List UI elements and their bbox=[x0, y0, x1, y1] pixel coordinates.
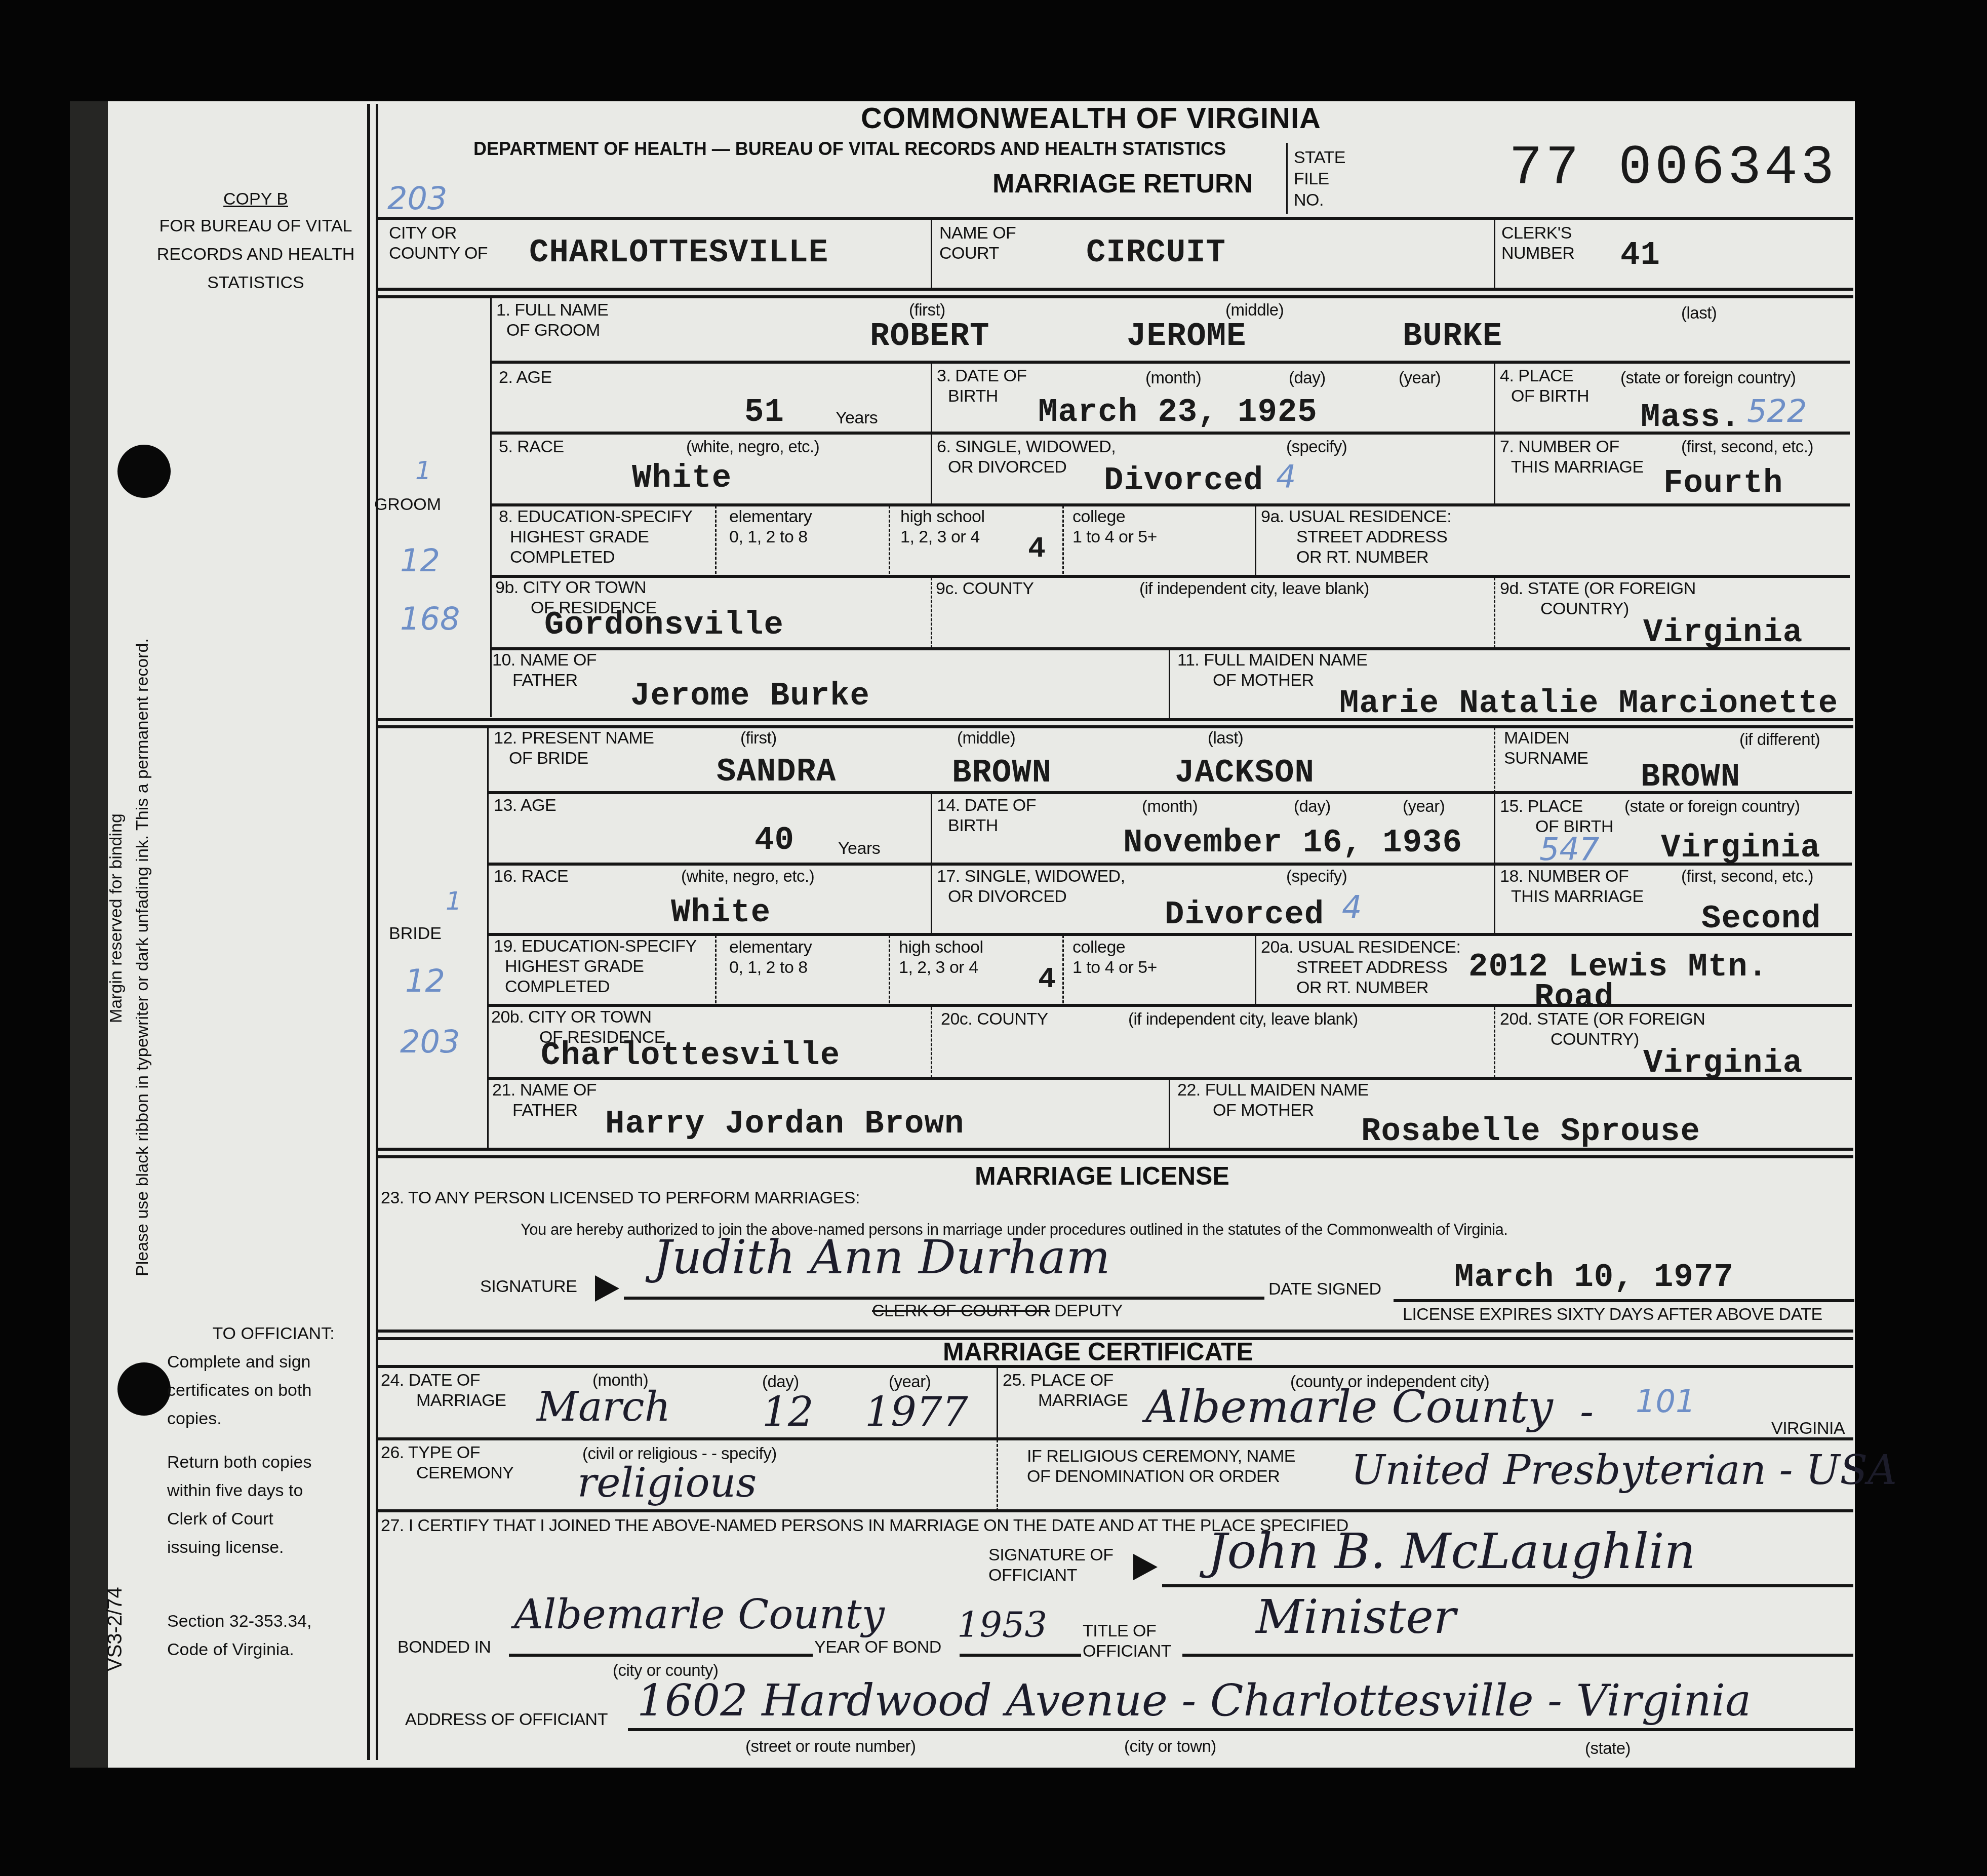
bride-side-label: BRIDE bbox=[385, 919, 446, 948]
label-line: elementary bbox=[729, 937, 812, 957]
f27-label: 27. I CERTIFY THAT I JOINED THE ABOVE-NA… bbox=[381, 1515, 1348, 1536]
col-divider bbox=[1494, 219, 1495, 289]
clerk-value: 41 bbox=[1620, 238, 1660, 273]
f7-label: 7. NUMBER OF THIS MARRIAGE bbox=[1500, 437, 1644, 477]
rule bbox=[377, 217, 1853, 220]
label-line: 11. FULL MAIDEN NAME bbox=[1177, 650, 1367, 670]
label-line: NUMBER bbox=[1501, 243, 1574, 263]
rule bbox=[377, 1330, 1853, 1333]
number-hint: (first, second, etc.) bbox=[1681, 866, 1813, 886]
label-line: 25. PLACE OF bbox=[1003, 1370, 1128, 1390]
dash-divider bbox=[889, 935, 890, 1003]
first-hint: (first) bbox=[909, 300, 945, 320]
label-line: 22. FULL MAIDEN NAME bbox=[1177, 1080, 1369, 1100]
groom-code-1: 1 bbox=[415, 456, 431, 485]
groom-birthplace-code: 522 bbox=[1747, 393, 1807, 429]
label-line: OF BIRTH bbox=[1500, 386, 1589, 406]
punch-hole-top bbox=[117, 445, 171, 498]
elementary-label: elementary 0, 1, 2 to 8 bbox=[729, 937, 812, 978]
rule bbox=[487, 863, 1852, 866]
label-line: STATE bbox=[1294, 147, 1345, 168]
label-line: OFFICIANT bbox=[1083, 1641, 1171, 1661]
dash-divider bbox=[1494, 577, 1495, 648]
label-line: THIS MARRIAGE bbox=[1500, 886, 1644, 907]
label-line: 8. EDUCATION-SPECIFY bbox=[499, 506, 692, 527]
officiant-sig-label: SIGNATURE OF OFFICIANT bbox=[988, 1545, 1114, 1585]
bride-first: SANDRA bbox=[717, 755, 836, 790]
groom-state: Virginia bbox=[1643, 615, 1803, 651]
label-line: OF MOTHER bbox=[1177, 1100, 1369, 1120]
college-label: college 1 to 4 or 5+ bbox=[1072, 506, 1157, 547]
bride-code-1: 1 bbox=[446, 886, 462, 916]
margin-rule bbox=[367, 104, 370, 1760]
place-hint: (state or foreign country) bbox=[1624, 796, 1800, 816]
label-line: 9a. USUAL RESIDENCE: bbox=[1261, 506, 1451, 527]
rule bbox=[377, 1148, 1853, 1151]
label-line: 14. DATE OF bbox=[937, 795, 1036, 815]
col-divider bbox=[1255, 935, 1256, 1005]
label-line: 0, 1, 2 to 8 bbox=[729, 527, 812, 547]
copy-desc-line: STATISTICS bbox=[137, 268, 375, 297]
groom-first: ROBERT bbox=[870, 319, 989, 355]
label-line: CITY OR bbox=[389, 223, 488, 243]
to-officiant: TO OFFICIANT: Complete and sign certific… bbox=[167, 1319, 380, 1664]
struck-text: CLERK OF COURT OR bbox=[872, 1301, 1050, 1320]
department-title: DEPARTMENT OF HEALTH — BUREAU OF VITAL R… bbox=[473, 138, 1226, 160]
label-line: NAME OF bbox=[939, 223, 1016, 243]
f20c-label: 20c. COUNTY bbox=[941, 1009, 1048, 1029]
rule bbox=[377, 1509, 1853, 1512]
label-line: STREET ADDRESS bbox=[1261, 957, 1461, 978]
label-line: 1. FULL NAME bbox=[496, 300, 608, 320]
f25-label: 25. PLACE OF MARRIAGE bbox=[1003, 1370, 1128, 1411]
marriage-place-dash: - bbox=[1580, 1390, 1594, 1434]
header-divider bbox=[1286, 143, 1288, 214]
f16-label: 16. RACE bbox=[494, 866, 568, 886]
day-hint: (day) bbox=[1294, 796, 1331, 816]
groom-last: BURKE bbox=[1403, 319, 1502, 355]
f4-label: 4. PLACE OF BIRTH bbox=[1500, 366, 1589, 406]
binding-note: Margin reserved for binding bbox=[106, 813, 126, 1023]
f10-label: 10. NAME OF FATHER bbox=[492, 650, 597, 690]
rule bbox=[490, 361, 1850, 364]
specify-hint: (specify) bbox=[1286, 437, 1347, 457]
groom-mother: Marie Natalie Marcionette bbox=[1339, 686, 1838, 722]
label-line: FATHER bbox=[492, 1100, 597, 1120]
rule bbox=[490, 432, 1850, 435]
bride-code-3: 203 bbox=[400, 1023, 460, 1060]
section-line: Code of Virginia. bbox=[167, 1635, 380, 1664]
city-hint: (city or town) bbox=[1124, 1736, 1216, 1756]
col-divider bbox=[1169, 649, 1170, 719]
col-divider bbox=[1494, 434, 1495, 504]
signature-arrow-icon bbox=[595, 1275, 619, 1302]
f22-label: 22. FULL MAIDEN NAME OF MOTHER bbox=[1177, 1080, 1369, 1120]
f8-label: 8. EDUCATION-SPECIFY HIGHEST GRADE COMPL… bbox=[499, 506, 692, 567]
label-line: OR RT. NUMBER bbox=[1261, 978, 1461, 998]
rule bbox=[490, 575, 1850, 578]
title-label: TITLE OF OFFICIANT bbox=[1083, 1621, 1171, 1661]
label-line: THIS MARRIAGE bbox=[1500, 457, 1644, 477]
bride-city: Charlottesville bbox=[541, 1038, 840, 1074]
col-divider bbox=[931, 864, 932, 935]
label-line: COURT bbox=[939, 243, 1016, 263]
label-line: college bbox=[1072, 937, 1157, 957]
bond-year-line bbox=[960, 1654, 1081, 1657]
label-line: 24. DATE OF bbox=[381, 1370, 506, 1390]
dash-divider bbox=[715, 505, 717, 574]
label-line: HIGHEST GRADE bbox=[494, 956, 697, 976]
col-divider bbox=[931, 219, 932, 289]
maiden-hint: (if different) bbox=[1739, 729, 1820, 750]
middle-hint: (middle) bbox=[1225, 300, 1284, 320]
label-line: 1, 2, 3 or 4 bbox=[900, 527, 985, 547]
bonded-in: Albemarle County bbox=[514, 1593, 885, 1636]
groom-city: Gordonsville bbox=[544, 608, 784, 643]
dash-divider bbox=[1494, 1007, 1495, 1078]
last-hint: (last) bbox=[1208, 728, 1243, 748]
f18-label: 18. NUMBER OF THIS MARRIAGE bbox=[1500, 866, 1644, 907]
label-line: 1 to 4 or 5+ bbox=[1072, 527, 1157, 547]
years-label: Years bbox=[838, 838, 880, 858]
f23-label: 23. TO ANY PERSON LICENSED TO PERFORM MA… bbox=[381, 1188, 860, 1208]
bride-middle: BROWN bbox=[952, 756, 1052, 791]
county-hint: (if independent city, leave blank) bbox=[1139, 578, 1369, 599]
maiden-label: MAIDEN SURNAME bbox=[1504, 728, 1588, 768]
marriage-place: Albemarle County bbox=[1145, 1385, 1553, 1429]
marriage-day: 12 bbox=[762, 1390, 814, 1434]
label-line: SIGNATURE OF bbox=[988, 1545, 1114, 1565]
dash-divider bbox=[1062, 505, 1064, 574]
groom-age: 51 bbox=[744, 395, 784, 431]
clerk-of-court-struck: CLERK OF COURT OR DEPUTY bbox=[872, 1301, 1123, 1321]
label-line: high school bbox=[900, 506, 985, 527]
f9a-label: 9a. USUAL RESIDENCE: STREET ADDRESS OR R… bbox=[1261, 506, 1451, 567]
bond-year-label: YEAR OF BOND bbox=[814, 1637, 941, 1657]
date-signed: March 10, 1977 bbox=[1454, 1260, 1734, 1296]
label-line: MARRIAGE bbox=[1003, 1390, 1128, 1411]
bride-dob: November 16, 1936 bbox=[1123, 826, 1462, 861]
col-divider bbox=[997, 1366, 998, 1440]
label-line: OR DIVORCED bbox=[937, 886, 1125, 907]
label-line: IF RELIGIOUS CEREMONY, NAME bbox=[1027, 1446, 1295, 1466]
label-line: CEREMONY bbox=[381, 1463, 513, 1483]
dash-divider bbox=[997, 1439, 998, 1511]
marriage-place-code: 101 bbox=[1636, 1383, 1695, 1420]
bride-state: Virginia bbox=[1643, 1046, 1803, 1081]
number-hint: (first, second, etc.) bbox=[1681, 437, 1813, 457]
groom-marital-code: 4 bbox=[1276, 458, 1296, 495]
label-line: MARRIAGE bbox=[381, 1390, 506, 1411]
instruction-line: issuing license. bbox=[167, 1533, 380, 1561]
ceremony-type: religious bbox=[577, 1461, 757, 1505]
f6-label: 6. SINGLE, WIDOWED, OR DIVORCED bbox=[937, 437, 1116, 477]
label-line: OF BRIDE bbox=[494, 748, 654, 768]
rule bbox=[487, 791, 1852, 794]
date-line bbox=[1394, 1299, 1854, 1302]
specify-hint: (specify) bbox=[1286, 866, 1347, 886]
officiant-title: Minister bbox=[1256, 1595, 1456, 1639]
dash-divider bbox=[1494, 727, 1495, 793]
f14-label: 14. DATE OF BIRTH bbox=[937, 795, 1036, 836]
groom-code-2: 12 bbox=[400, 542, 440, 579]
clerk-label: CLERK'S NUMBER bbox=[1501, 223, 1574, 263]
col-divider bbox=[931, 363, 932, 434]
year-hint: (year) bbox=[1399, 368, 1441, 388]
race-hint: (white, negro, etc.) bbox=[686, 437, 819, 457]
rule bbox=[377, 1437, 1853, 1440]
groom-side-label: GROOM bbox=[372, 490, 443, 519]
col-divider bbox=[931, 434, 932, 504]
bride-maiden: BROWN bbox=[1641, 760, 1740, 795]
first-hint: (first) bbox=[740, 728, 777, 748]
address-line bbox=[628, 1728, 1853, 1731]
label-line: 10. NAME OF bbox=[492, 650, 597, 670]
rule bbox=[490, 503, 1850, 506]
instruction-line: certificates on both bbox=[167, 1376, 380, 1404]
label-line: 20b. CITY OR TOWN bbox=[491, 1007, 665, 1027]
f20a-label: 20a. USUAL RESIDENCE: STREET ADDRESS OR … bbox=[1261, 937, 1461, 998]
title-line bbox=[1182, 1654, 1853, 1657]
court-label: NAME OF COURT bbox=[939, 223, 1016, 263]
col-divider bbox=[1494, 363, 1495, 434]
middle-hint: (middle) bbox=[957, 728, 1015, 748]
f9c-label: 9c. COUNTY bbox=[936, 578, 1034, 599]
binding-strip bbox=[70, 101, 108, 1768]
marriage-year: 1977 bbox=[865, 1390, 968, 1434]
f21-label: 21. NAME OF FATHER bbox=[492, 1080, 597, 1120]
rule bbox=[377, 718, 1853, 721]
groom-hs-value: 4 bbox=[1028, 532, 1046, 567]
punch-hole-bottom bbox=[117, 1362, 171, 1416]
clerk-signature: Judith Ann Durham bbox=[653, 1236, 1110, 1279]
col-divider bbox=[1169, 1079, 1170, 1149]
officiant-address: 1602 Hardwood Avenue - Charlottesville -… bbox=[637, 1679, 1751, 1723]
license-title: MARRIAGE LICENSE bbox=[975, 1161, 1229, 1191]
label-line: HIGHEST GRADE bbox=[499, 527, 692, 547]
dash-divider bbox=[889, 505, 890, 574]
instruction-line: copies. bbox=[167, 1404, 380, 1433]
label-line: OFFICIANT bbox=[988, 1565, 1114, 1585]
groom-marriage-number: Fourth bbox=[1663, 466, 1783, 501]
dash-divider bbox=[931, 577, 932, 648]
groom-father: Jerome Burke bbox=[630, 679, 870, 714]
bond-year: 1953 bbox=[957, 1603, 1047, 1647]
bride-code-2: 12 bbox=[405, 962, 445, 999]
groom-birthplace: Mass. bbox=[1641, 400, 1740, 436]
instruction-line: Complete and sign bbox=[167, 1348, 380, 1376]
denomination-label: IF RELIGIOUS CEREMONY, NAME OF DENOMINAT… bbox=[1027, 1446, 1295, 1487]
bride-mother: Rosabelle Sprouse bbox=[1361, 1114, 1700, 1150]
rule bbox=[377, 1155, 1853, 1158]
label-line: 9d. STATE (OR FOREIGN bbox=[1500, 578, 1696, 599]
bride-marital: Divorced bbox=[1165, 897, 1324, 933]
dash-divider bbox=[931, 1007, 932, 1078]
date-signed-label: DATE SIGNED bbox=[1268, 1279, 1381, 1299]
label-line: elementary bbox=[729, 506, 812, 527]
elementary-label: elementary 0, 1, 2 to 8 bbox=[729, 506, 812, 547]
label-line: 6. SINGLE, WIDOWED, bbox=[937, 437, 1116, 457]
label-line: BIRTH bbox=[937, 815, 1036, 836]
f12-label: 12. PRESENT NAME OF BRIDE bbox=[494, 728, 654, 768]
street-hint: (street or route number) bbox=[745, 1736, 916, 1756]
signature-line bbox=[624, 1297, 1264, 1300]
f24-label: 24. DATE OF MARRIAGE bbox=[381, 1370, 506, 1411]
label-line: OF DENOMINATION OR ORDER bbox=[1027, 1466, 1295, 1487]
label-line: 7. NUMBER OF bbox=[1500, 437, 1644, 457]
bride-father: Harry Jordan Brown bbox=[605, 1107, 964, 1142]
label-line: OR DIVORCED bbox=[937, 457, 1116, 477]
copy-desc-line: RECORDS AND HEALTH bbox=[137, 240, 375, 268]
label-line: CLERK'S bbox=[1501, 223, 1574, 243]
col-divider bbox=[1494, 793, 1495, 864]
f19-label: 19. EDUCATION-SPECIFY HIGHEST GRADE COMP… bbox=[494, 936, 697, 997]
month-hint: (month) bbox=[1145, 368, 1201, 388]
highschool-label: high school 1, 2, 3 or 4 bbox=[899, 937, 983, 978]
label-line: 1 to 4 or 5+ bbox=[1072, 957, 1157, 978]
bride-last: JACKSON bbox=[1175, 756, 1315, 791]
county-hint: (if independent city, leave blank) bbox=[1128, 1009, 1358, 1029]
copy-desc-line: FOR BUREAU OF VITAL bbox=[137, 212, 375, 240]
rule bbox=[377, 295, 1853, 298]
f9d-label: 9d. STATE (OR FOREIGN COUNTRY) bbox=[1500, 578, 1696, 619]
f17-label: 17. SINGLE, WIDOWED, OR DIVORCED bbox=[937, 866, 1125, 907]
instruction-line: Return both copies bbox=[167, 1448, 380, 1476]
label-line: COUNTY OF bbox=[389, 243, 488, 263]
state-file-label: STATE FILE NO. bbox=[1294, 147, 1345, 211]
f26-label: 26. TYPE OF CEREMONY bbox=[381, 1442, 513, 1483]
bride-street-line1: 2012 Lewis Mtn. bbox=[1468, 950, 1768, 985]
label-line: 3. DATE OF bbox=[937, 366, 1027, 386]
dash-divider bbox=[1062, 935, 1064, 1003]
place-hint: (state or foreign country) bbox=[1620, 368, 1796, 388]
bride-hs-value: 4 bbox=[1038, 962, 1056, 998]
court-value: CIRCUIT bbox=[1086, 236, 1226, 271]
bonded-label: BONDED IN bbox=[398, 1637, 491, 1657]
bride-age: 40 bbox=[754, 823, 794, 858]
deputy-text: DEPUTY bbox=[1054, 1301, 1123, 1320]
groom-dob: March 23, 1925 bbox=[1038, 395, 1318, 431]
label-line: BIRTH bbox=[937, 386, 1027, 406]
city-label: CITY OR COUNTY OF bbox=[389, 223, 488, 263]
label-line: TITLE OF bbox=[1083, 1621, 1171, 1641]
form-code: VS3-2/74 bbox=[104, 1587, 127, 1671]
denomination: United Presbyterian - USA bbox=[1351, 1449, 1897, 1492]
f5-label: 5. RACE bbox=[499, 437, 564, 457]
label-line: COMPLETED bbox=[499, 547, 692, 567]
label-line: 21. NAME OF bbox=[492, 1080, 597, 1100]
day-hint: (day) bbox=[1289, 368, 1326, 388]
copy-b-label: COPY B bbox=[147, 185, 365, 213]
f20d-label: 20d. STATE (OR FOREIGN COUNTRY) bbox=[1500, 1009, 1705, 1049]
f1-label: 1. FULL NAME OF GROOM bbox=[496, 300, 608, 340]
label-line: 4. PLACE bbox=[1500, 366, 1589, 386]
label-line: MAIDEN bbox=[1504, 728, 1588, 748]
instruction-line: within five days to bbox=[167, 1476, 380, 1505]
label-line: high school bbox=[899, 937, 983, 957]
label-line: STREET ADDRESS bbox=[1261, 527, 1451, 547]
rule bbox=[487, 1004, 1852, 1007]
copy-desc: FOR BUREAU OF VITAL RECORDS AND HEALTH S… bbox=[137, 212, 375, 297]
label-line: FILE bbox=[1294, 168, 1345, 189]
label-line: 12. PRESENT NAME bbox=[494, 728, 654, 748]
label-line: 1, 2, 3 or 4 bbox=[899, 957, 983, 978]
city-value: CHARLOTTESVILLE bbox=[529, 236, 828, 271]
f13-label: 13. AGE bbox=[494, 795, 556, 815]
label-line: FATHER bbox=[492, 670, 597, 690]
signature-label: SIGNATURE bbox=[480, 1276, 577, 1297]
f11-label: 11. FULL MAIDEN NAME OF MOTHER bbox=[1177, 650, 1367, 690]
label-line: 26. TYPE OF bbox=[381, 1442, 513, 1463]
bride-marital-code: 4 bbox=[1342, 889, 1362, 926]
col-divider bbox=[931, 793, 932, 864]
bride-marriage-number: Second bbox=[1701, 902, 1821, 937]
address-label: ADDRESS OF OFFICIANT bbox=[405, 1709, 608, 1730]
form-title: MARRIAGE RETURN bbox=[992, 169, 1253, 199]
instruction-line: Clerk of Court bbox=[167, 1505, 380, 1533]
bonded-line bbox=[509, 1654, 813, 1657]
years-label: Years bbox=[836, 408, 878, 428]
officiant-arrow-icon bbox=[1133, 1554, 1158, 1580]
year-hint: (year) bbox=[1403, 796, 1445, 816]
marriage-month: March bbox=[537, 1385, 670, 1429]
last-hint: (last) bbox=[1681, 303, 1717, 323]
license-expiry: LICENSE EXPIRES SIXTY DAYS AFTER ABOVE D… bbox=[1403, 1304, 1822, 1324]
race-hint: (white, negro, etc.) bbox=[681, 866, 814, 886]
label-line: OF GROOM bbox=[496, 320, 608, 340]
groom-marital: Divorced bbox=[1104, 463, 1263, 499]
label-line: SURNAME bbox=[1504, 748, 1588, 768]
rule bbox=[377, 1365, 1853, 1368]
groom-middle: JEROME bbox=[1127, 319, 1246, 355]
col-divider bbox=[1255, 505, 1256, 575]
label-line: 19. EDUCATION-SPECIFY bbox=[494, 936, 697, 956]
bride-race: White bbox=[671, 895, 771, 931]
rule bbox=[377, 288, 1853, 291]
label-line: 18. NUMBER OF bbox=[1500, 866, 1644, 886]
officiant-signature: John B. McLaughlin bbox=[1208, 1530, 1695, 1573]
to-officiant-title: TO OFFICIANT: bbox=[167, 1319, 380, 1348]
label-line: 15. PLACE bbox=[1500, 796, 1613, 816]
bride-birthplace: Virginia bbox=[1661, 831, 1820, 866]
highschool-label: high school 1, 2, 3 or 4 bbox=[900, 506, 985, 547]
label-line: 0, 1, 2 to 8 bbox=[729, 957, 812, 978]
section-line: Section 32-353.34, bbox=[167, 1607, 380, 1635]
f2-label: 2. AGE bbox=[499, 367, 552, 387]
label-line: OR RT. NUMBER bbox=[1261, 547, 1451, 567]
f3-label: 3. DATE OF BIRTH bbox=[937, 366, 1027, 406]
groom-code-3: 168 bbox=[400, 600, 460, 637]
label-line: COMPLETED bbox=[494, 976, 697, 997]
state-hint: (state) bbox=[1585, 1738, 1631, 1758]
state-title: COMMONWEALTH OF VIRGINIA bbox=[861, 101, 1321, 135]
label-line: 20d. STATE (OR FOREIGN bbox=[1500, 1009, 1705, 1029]
state-file-number: 77 006343 bbox=[1509, 137, 1837, 200]
col-divider bbox=[1494, 864, 1495, 935]
label-line: college bbox=[1072, 506, 1157, 527]
ink-note: Please use black ribbon in typewriter or… bbox=[133, 638, 152, 1276]
header-handwritten-code: 203 bbox=[387, 180, 447, 217]
certificate-title: MARRIAGE CERTIFICATE bbox=[943, 1337, 1253, 1366]
dash-divider bbox=[715, 935, 717, 1003]
officiant-sig-line bbox=[1162, 1584, 1853, 1587]
college-label: college 1 to 4 or 5+ bbox=[1072, 937, 1157, 978]
label-line: NO. bbox=[1294, 189, 1345, 211]
label-line: 17. SINGLE, WIDOWED, bbox=[937, 866, 1125, 886]
virginia-label: VIRGINIA bbox=[1771, 1418, 1845, 1438]
groom-race: White bbox=[632, 461, 732, 496]
month-hint: (month) bbox=[1142, 796, 1198, 816]
